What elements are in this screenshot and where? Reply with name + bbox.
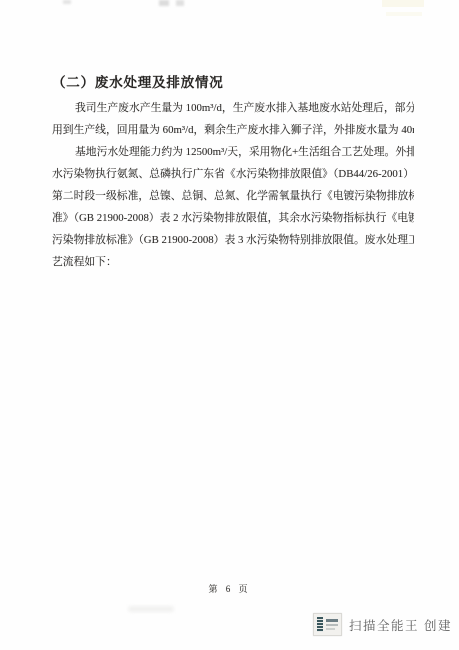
watermark-label: 扫描全能王 创建 [349,616,452,634]
text-line: 水污染物执行氨氮、总磷执行广东省《水污染物排放限值》（DB44/26-2001） [52,163,414,185]
section-heading: （二）废水处理及排放情况 [52,71,224,91]
logo-text-line [326,619,338,622]
logo-text-line [326,628,335,630]
scanned-document-page: （二）废水处理及排放情况 我司生产废水产生量为 100m³/d，生产废水排入基地… [0,0,459,650]
scan-artifact [159,0,169,6]
body-text: 我司生产废水产生量为 100m³/d，生产废水排入基地废水站处理后，部分回用到生… [52,97,414,273]
text-line: 准》（GB 21900-2008）表 2 水污染物排放限值，其余水污染物指标执行… [52,207,414,229]
text-line: 污染物排放标准》（GB 21900-2008）表 3 水污染物特别排放限值。废水… [52,229,414,251]
scan-artifact [128,606,174,612]
camscanner-logo-icon [313,613,342,636]
scan-artifact [63,0,71,4]
text-line: 艺流程如下： [52,251,414,273]
scan-artifact [382,0,424,7]
text-line: 第二时段一级标准，总镍、总铜、总氮、化学需氧量执行《电镀污染物排放标 [52,185,414,207]
logo-text-line [326,624,338,626]
text-line: 用到生产线，回用量为 60m³/d，剩余生产废水排入狮子洋，外排废水量为 40m… [52,119,414,141]
scan-artifact [386,12,422,16]
text-line: 我司生产废水产生量为 100m³/d，生产废水排入基地废水站处理后，部分回 [52,97,414,119]
page-number: 第 6 页 [0,582,459,595]
text-line: 基地污水处理能力约为 12500m³/天，采用物化+生活组合工艺处理。外排废 [52,141,414,163]
logo-barcode-strip [317,617,323,632]
camscanner-watermark: 扫描全能王 创建 [313,613,452,636]
scan-artifact [176,0,184,6]
